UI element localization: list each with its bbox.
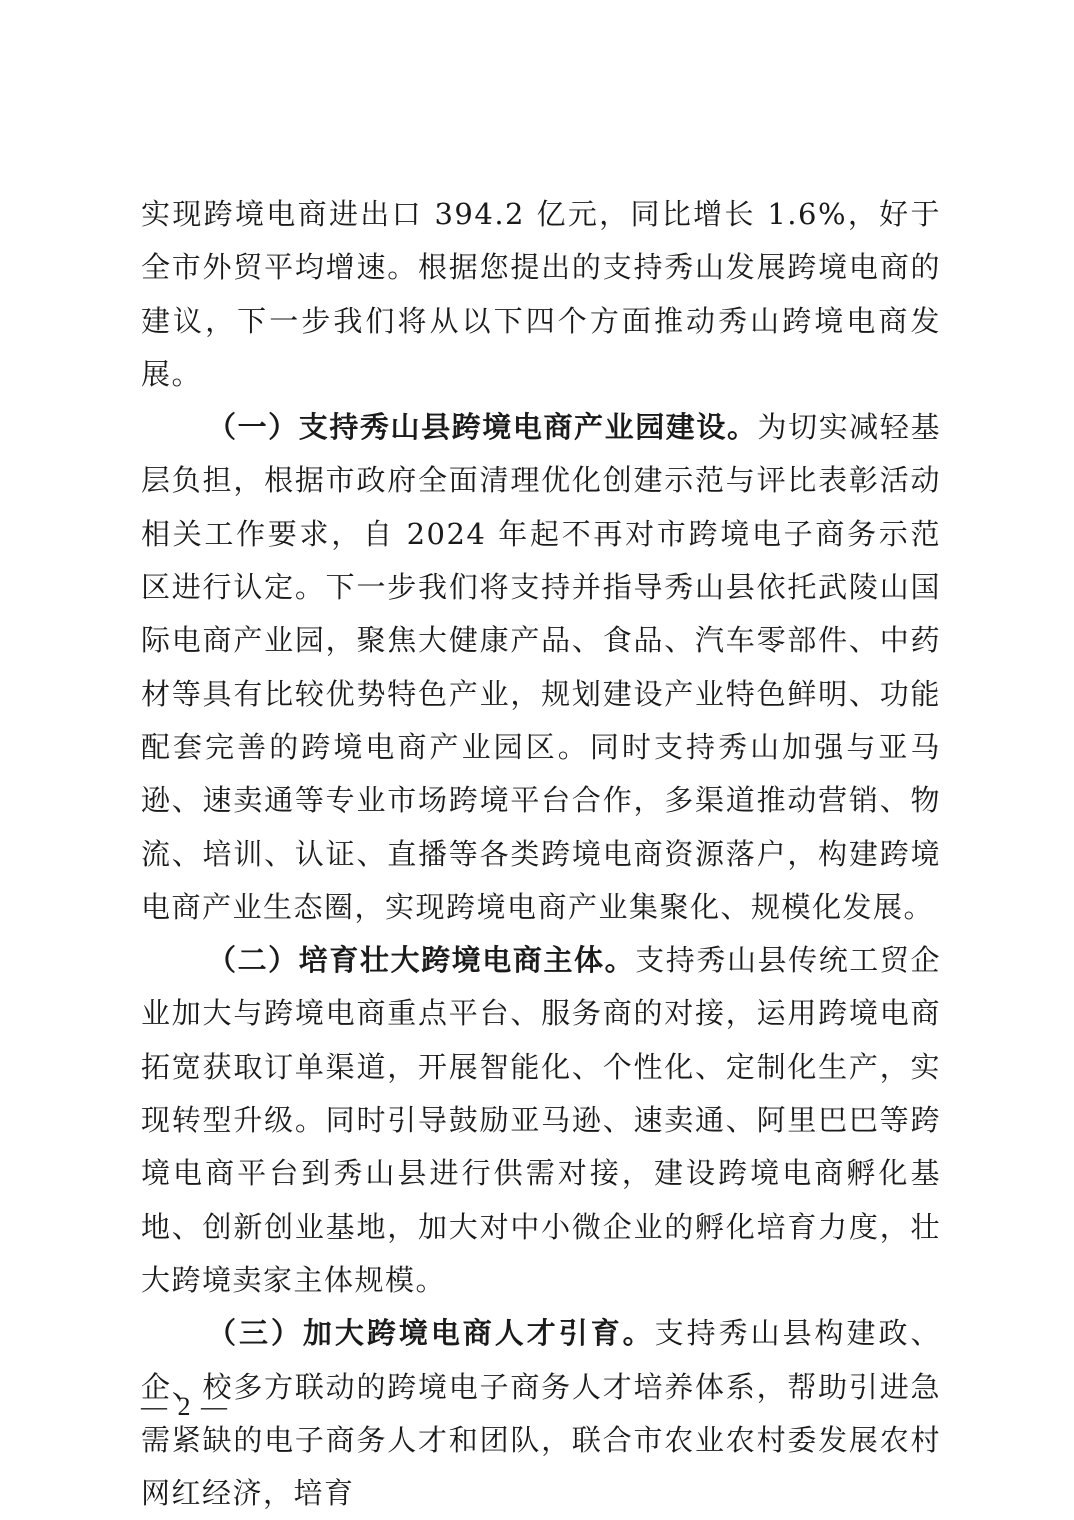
page-number: — 2 — [141,1392,229,1422]
section-heading-3: （三）加大跨境电商人才引育。 [207,1316,655,1350]
document-body: 实现跨境电商进出口 394.2 亿元，同比增长 1.6%，好于全市外贸平均增速。… [141,188,941,1520]
section-heading-1: （一）支持秀山县跨境电商产业园建设。 [207,410,758,444]
paragraph-text: 为切实减轻基层负担，根据市政府全面清理优化创建示范与评比表彰活动相关工作要求，自… [141,410,941,924]
document-page: 实现跨境电商进出口 394.2 亿元，同比增长 1.6%，好于全市外贸平均增速。… [0,0,1074,1520]
paragraph-section-2: （二）培育壮大跨境电商主体。支持秀山县传统工贸企业加大与跨境电商重点平台、服务商… [141,934,941,1307]
section-heading-2: （二）培育壮大跨境电商主体。 [207,943,635,977]
paragraph-text: 支持秀山县传统工贸企业加大与跨境电商重点平台、服务商的对接，运用跨境电商拓宽获取… [141,943,941,1297]
paragraph-text: 实现跨境电商进出口 394.2 亿元，同比增长 1.6%，好于全市外贸平均增速。… [141,197,941,391]
paragraph-section-1: （一）支持秀山县跨境电商产业园建设。为切实减轻基层负担，根据市政府全面清理优化创… [141,401,941,934]
paragraph-intro: 实现跨境电商进出口 394.2 亿元，同比增长 1.6%，好于全市外贸平均增速。… [141,188,941,401]
paragraph-section-3: （三）加大跨境电商人才引育。支持秀山县构建政、企、校多方联动的跨境电子商务人才培… [141,1307,941,1520]
